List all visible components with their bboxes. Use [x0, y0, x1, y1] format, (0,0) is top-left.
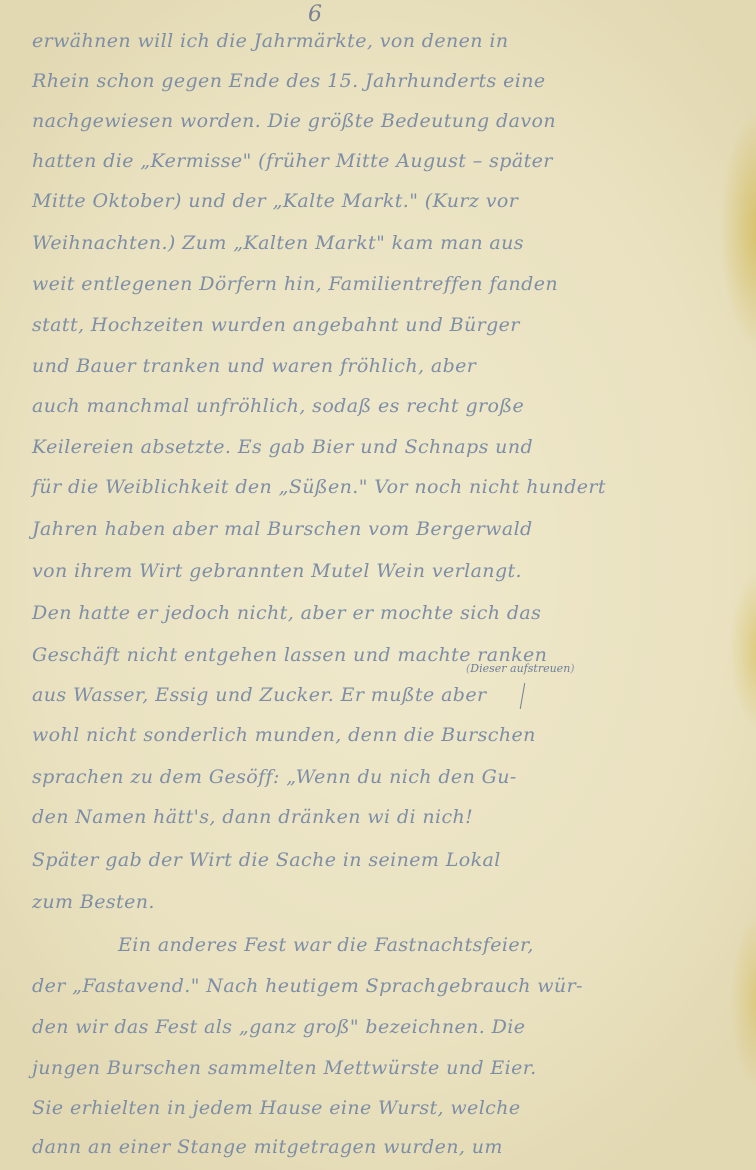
- text-line: den wir das Fest als „ganz groß" bezeich…: [32, 1018, 732, 1037]
- text-line: Später gab der Wirt die Sache in seinem …: [32, 851, 732, 870]
- text-line: Mitte Oktober) und der „Kalte Markt." (K…: [32, 192, 732, 211]
- text-line: sprachen zu dem Gesöff: „Wenn du nich de…: [32, 768, 732, 787]
- close-bracket: ): [570, 662, 574, 675]
- text-line: von ihrem Wirt gebrannten Mutel Wein ver…: [32, 562, 732, 581]
- text-line: auch manchmal unfröhlich, sodaß es recht…: [32, 397, 732, 416]
- text-line: Geschäft nicht entgehen lassen und macht…: [32, 646, 732, 665]
- text-line: Rhein schon gegen Ende des 15. Jahrhunde…: [32, 72, 732, 91]
- text-line: hatten die „Kermisse" (früher Mitte Augu…: [32, 152, 732, 171]
- text-line-paragraph-start: Ein anderes Fest war die Fastnachtsfeier…: [118, 936, 756, 955]
- text-line: weit entlegenen Dörfern hin, Familientre…: [32, 275, 732, 294]
- text-line: Den hatte er jedoch nicht, aber er mocht…: [32, 604, 732, 623]
- page-number: 6: [308, 2, 322, 27]
- text-line: erwähnen will ich die Jahrmärkte, von de…: [32, 32, 732, 51]
- text-line: der „Fastavend." Nach heutigem Sprachgeb…: [32, 977, 732, 996]
- text-line: zum Besten.: [32, 893, 732, 912]
- text-line: den Namen hätt's, dann dränken wi di nic…: [32, 808, 732, 827]
- insertion-caret-mark: [520, 683, 540, 709]
- text-line: jungen Burschen sammelten Mettwürste und…: [32, 1059, 732, 1078]
- text-line: Sie erhielten in jedem Hause eine Wurst,…: [32, 1099, 732, 1118]
- text-line: für die Weiblichkeit den „Süßen." Vor no…: [32, 478, 732, 497]
- text-line: wohl nicht sonderlich munden, denn die B…: [32, 726, 732, 745]
- text-line: und Bauer tranken und waren fröhlich, ab…: [32, 357, 732, 376]
- text-line: dann an einer Stange mitgetragen wurden,…: [32, 1138, 732, 1157]
- text-line: Keilereien absetzte. Es gab Bier und Sch…: [32, 438, 732, 457]
- text-line: nachgewiesen worden. Die größte Bedeutun…: [32, 112, 732, 131]
- text-line: Jahren haben aber mal Burschen vom Berge…: [32, 520, 732, 539]
- handwritten-page: 6 erwähnen will ich die Jahrmärkte, von …: [0, 0, 756, 1170]
- margin-insertion-note: (Dieser aufstreuen): [466, 662, 575, 675]
- text-line: statt, Hochzeiten wurden angebahnt und B…: [32, 316, 732, 335]
- text-line: aus Wasser, Essig und Zucker. Er mußte a…: [32, 686, 732, 705]
- text-line: Weihnachten.) Zum „Kalten Markt" kam man…: [32, 234, 732, 253]
- insertion-note-text: Dieser aufstreuen: [470, 662, 570, 675]
